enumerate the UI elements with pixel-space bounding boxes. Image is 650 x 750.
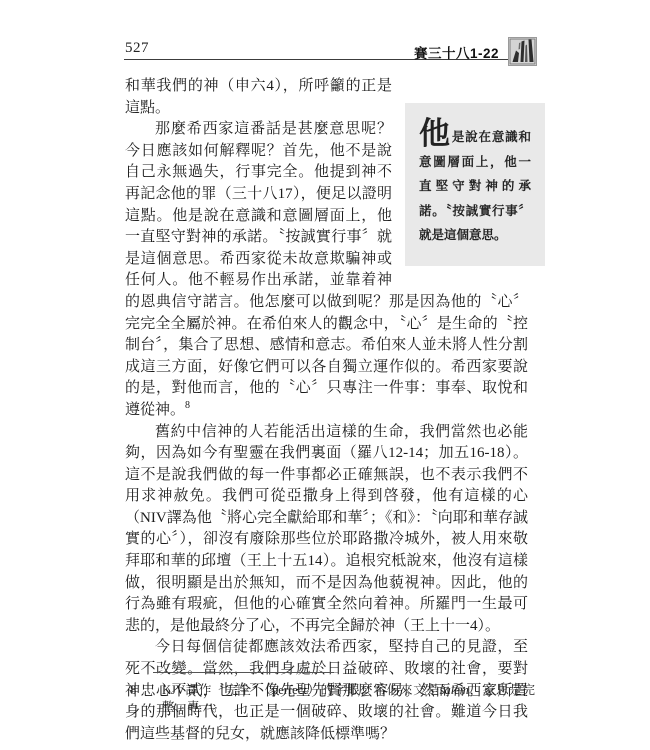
pull-quote-box: 他是說在意識和意圖層面上，他一直堅守對神的承諾。〝按誠實行事〞就是這個意思。 bbox=[405, 103, 545, 266]
footnote-divider bbox=[153, 672, 334, 673]
footnote-text-part: KJV譯作〝完全〞（perfect）的字眼，希伯來文是 bbox=[162, 683, 440, 697]
section-reference: 賽三十八1-22 bbox=[414, 42, 499, 62]
footnote-text: KJV譯作〝完全〞（perfect）的字眼，希伯來文是šalem，意思是完整、專… bbox=[162, 682, 535, 716]
footnote: 8 KJV譯作〝完全〞（perfect）的字眼，希伯來文是šalem，意思是完整… bbox=[125, 682, 535, 716]
paragraph-text: 和華我們的神（申六4），所呼籲的正是這點。 bbox=[125, 78, 392, 116]
paragraph-text: 舊約中信神的人若能活出這樣的生命，我們當然也必能夠，因為如今有聖靈在我們裏面（羅… bbox=[125, 424, 528, 634]
footnote-block: 8 KJV譯作〝完全〞（perfect）的字眼，希伯來文是šalem，意思是完整… bbox=[125, 672, 535, 716]
woodcut-ornament-icon bbox=[508, 37, 537, 66]
running-header: 527 賽三十八1-22 bbox=[124, 38, 537, 60]
footnote-hebrew-term: šalem bbox=[440, 683, 469, 697]
book-page: 527 賽三十八1-22 他是說在意識和意圖層面上，他一直堅守對神的承諾。〝按誠… bbox=[0, 0, 650, 750]
page-number: 527 bbox=[125, 40, 149, 57]
footnote-reference-marker: 8 bbox=[185, 400, 190, 411]
footnote-number: 8 bbox=[125, 682, 162, 716]
pull-quote-dropcap: 他 bbox=[419, 116, 452, 151]
paragraph: 舊約中信神的人若能活出這樣的生命，我們當然也必能夠，因為如今有聖靈在我們裏面（羅… bbox=[125, 422, 528, 638]
body-text-column: 他是說在意識和意圖層面上，他一直堅守對神的承諾。〝按誠實行事〞就是這個意思。 和… bbox=[125, 76, 528, 745]
